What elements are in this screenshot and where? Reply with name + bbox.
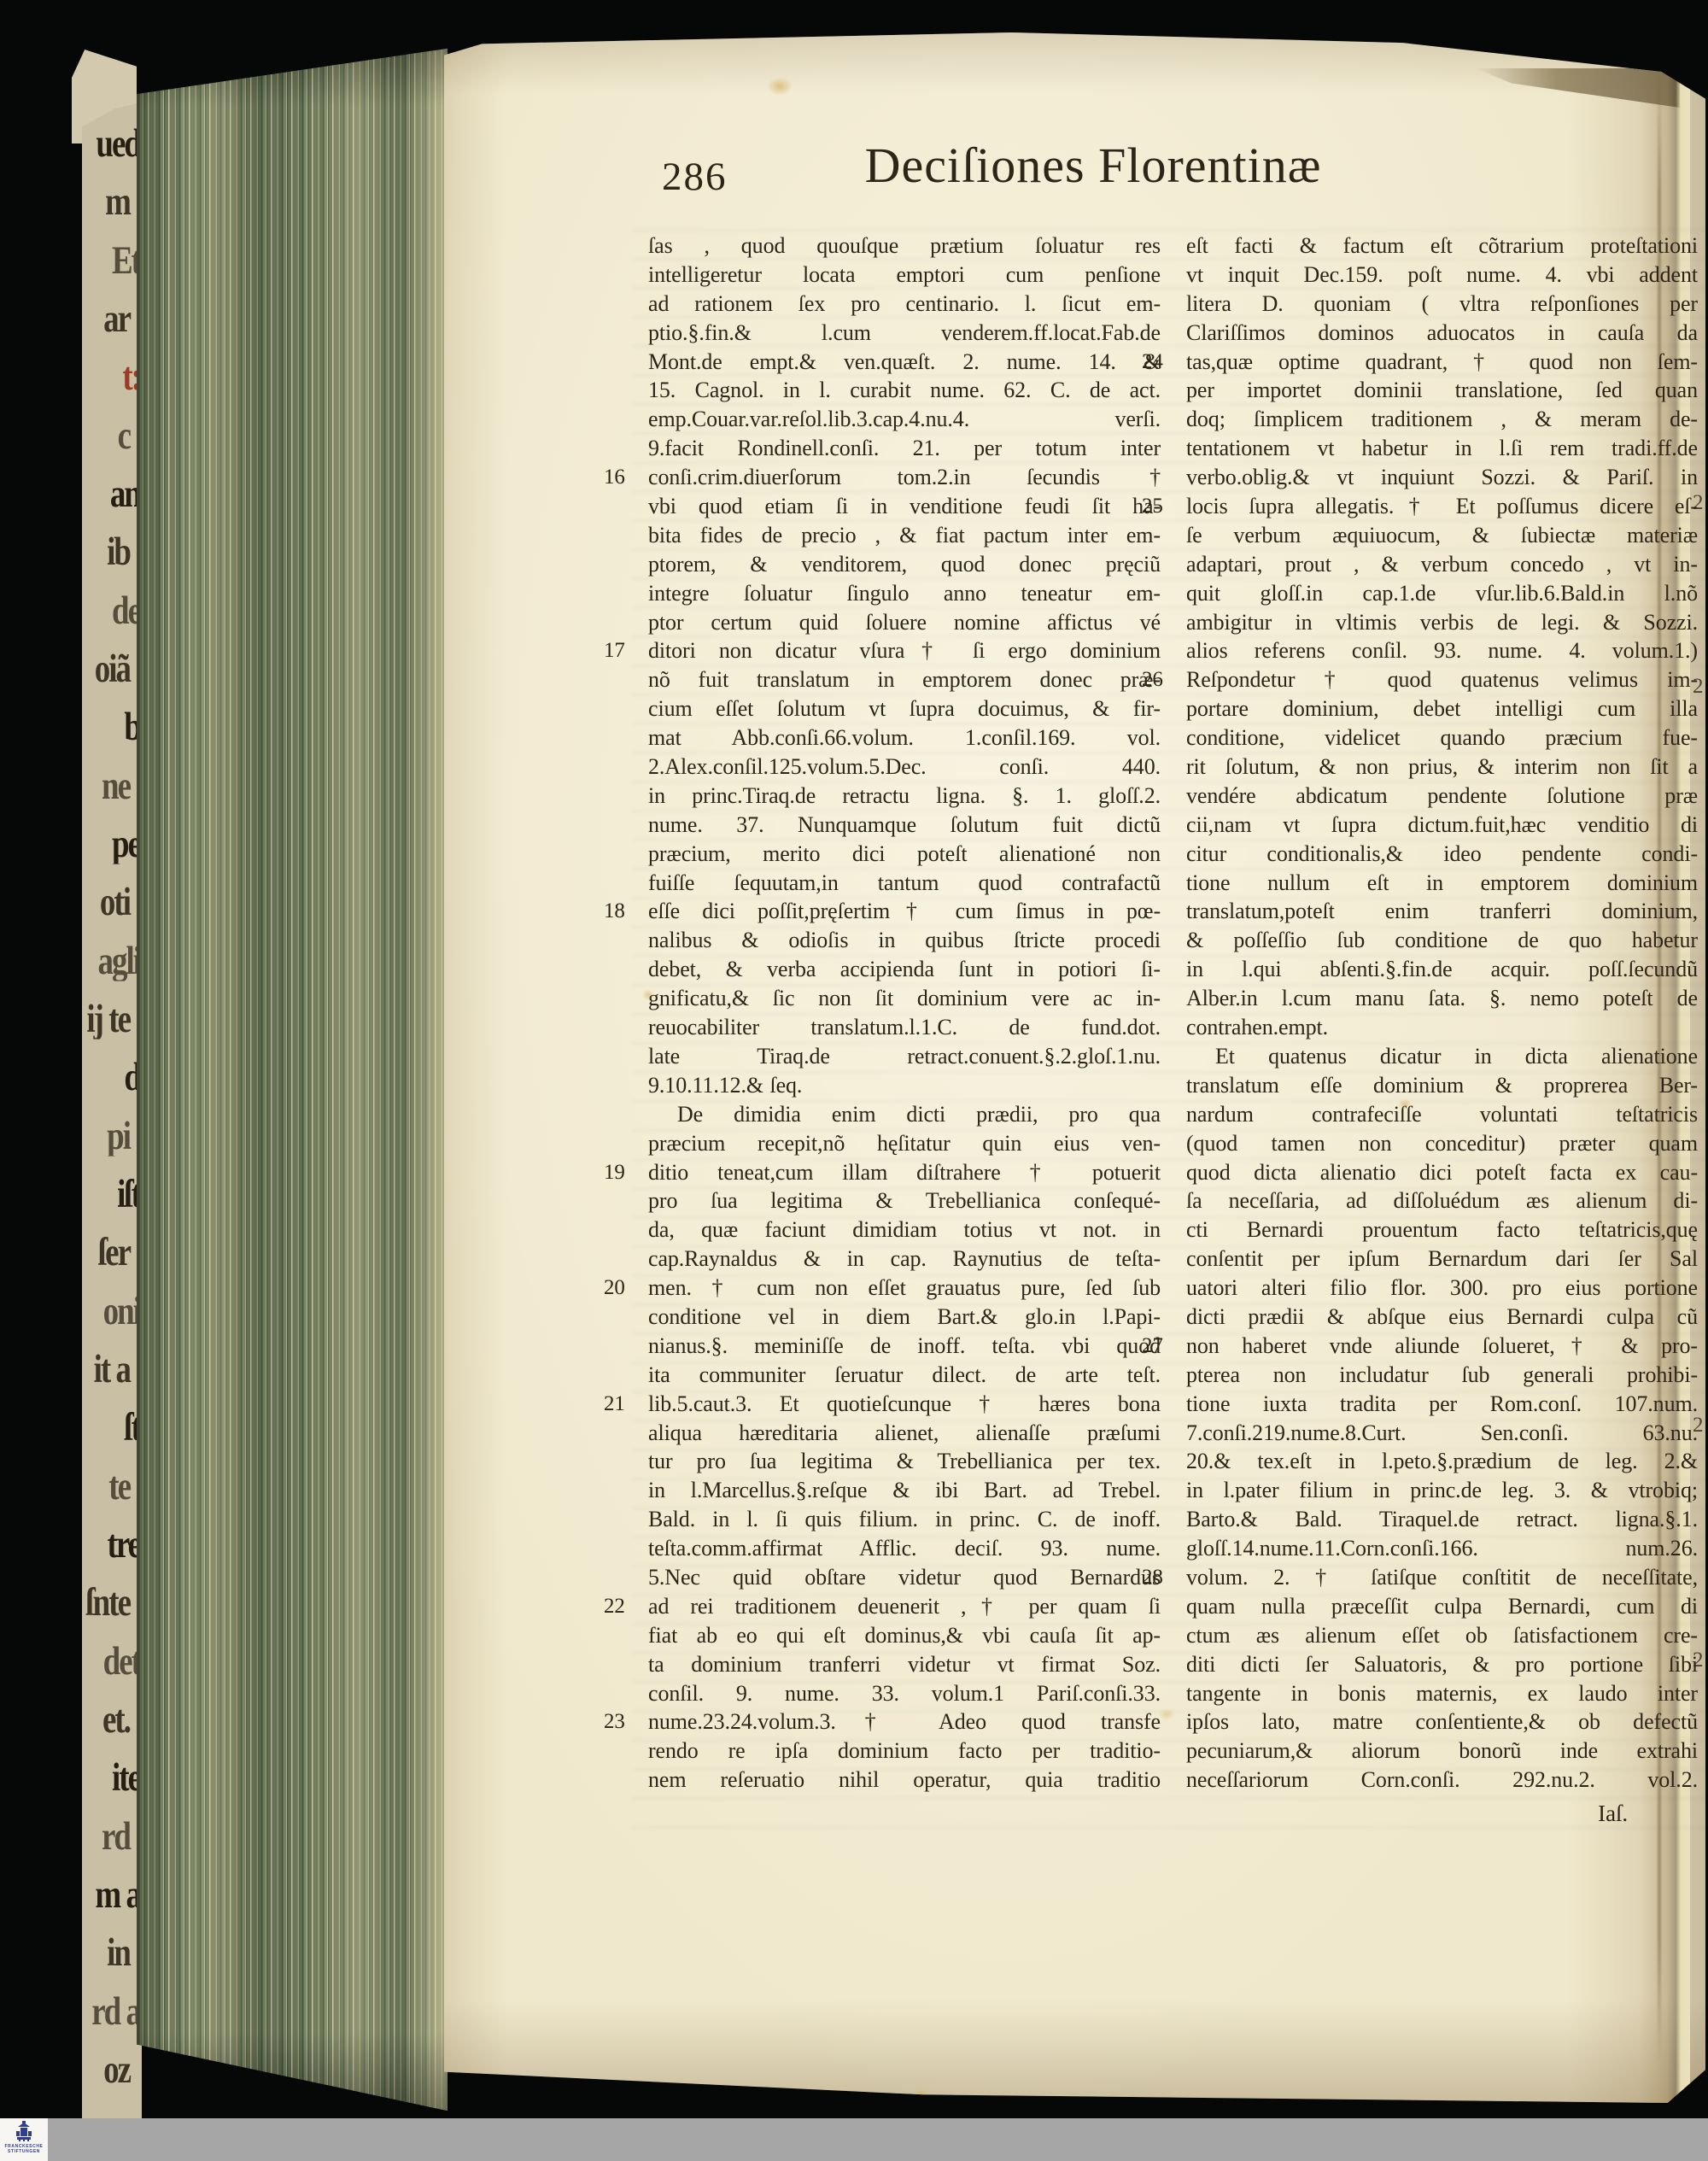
gutter-margin-digit: 2: [1693, 675, 1705, 699]
text-line: Et quatenus dicatur in dicta alienatione: [1186, 1042, 1698, 1071]
text-line: verbo.oblig.& vt inquiunt Sozzi. & Pariſ…: [1186, 463, 1698, 492]
text-line: 16conſi.crim.diuerſorum tom.2.in ſecundi…: [648, 463, 1161, 492]
text-line: neceſſariorum Corn.conſi. 292.nu.2. vol.…: [1186, 1766, 1698, 1795]
line-text: Barto.& Bald. Tiraquel.de retract. ligna…: [1186, 1507, 1698, 1531]
line-text: in l.Marcellus.§.reſque & ibi Bart. ad T…: [648, 1478, 1161, 1502]
manuscript-fragment: oni: [82, 1291, 142, 1331]
text-line: conditione vel in diem Bart.& glo.in l.P…: [648, 1303, 1161, 1332]
line-text: pro ſua legitima & Trebellianica conſequ…: [648, 1188, 1161, 1213]
line-text: ptor certum quid ſoluere nomine affictus…: [648, 610, 1161, 635]
manuscript-fragment: pe: [82, 824, 142, 864]
manuscript-fragment: ued: [82, 124, 142, 163]
line-text: nume.23.24.volum.3.† Adeo quod transfe: [648, 1709, 1161, 1734]
manuscript-fragment: iſt: [82, 1174, 142, 1214]
text-line: gnificatu,& ſic non ſit dominium vere ac…: [648, 984, 1161, 1013]
text-line: emp.Couar.var.reſol.lib.3.cap.4.nu.4. ve…: [648, 405, 1161, 434]
text-line: 23nume.23.24.volum.3.† Adeo quod transfe: [648, 1707, 1161, 1736]
margin-number: 24: [1142, 348, 1181, 377]
manuscript-fragment: et.: [82, 1700, 142, 1739]
line-text: gloſſ.14.nume.11.Corn.conſi.166. num.26.: [1186, 1536, 1698, 1561]
text-line: vendére abdicatum pendente ſolutione præ: [1186, 782, 1698, 811]
line-text: alios referens conſil. 93. nume. 4. volu…: [1186, 638, 1698, 663]
text-line: cium eſſet ſolutum vt ſupra docuimus, & …: [648, 694, 1161, 723]
line-text: præcium recepit,nõ hęſitatur quin eius v…: [648, 1131, 1161, 1156]
text-line: quit gloſſ.in cap.1.de vſur.lib.6.Bald.i…: [1186, 579, 1698, 608]
line-text: 5.Nec quid obſtare videtur quod Bernardu…: [648, 1565, 1161, 1590]
line-text: tione nullum eſt in emptorem dominium: [1186, 870, 1698, 895]
page-number: 286: [662, 154, 728, 200]
text-line: & poſſeſſio ſub conditione de quo habetu…: [1186, 926, 1698, 955]
line-text: cium eſſet ſolutum vt ſupra docuimus, & …: [648, 696, 1161, 721]
line-text: nem reſeruatio nihil operatur, quia trad…: [648, 1767, 1161, 1792]
text-line: ptor certum quid ſoluere nomine affictus…: [648, 608, 1161, 637]
line-text: tas,quæ optime quadrant, † quod non ſem-: [1186, 349, 1698, 374]
manuscript-fragment: rd a: [82, 1992, 142, 2031]
line-text: & poſſeſſio ſub conditione de quo habetu…: [1186, 928, 1698, 952]
line-text: rendo re ipſa dominium facto per traditi…: [648, 1738, 1161, 1763]
manuscript-fragment: an: [82, 474, 142, 513]
margin-number: 20: [604, 1274, 643, 1303]
line-text: neceſſariorum Corn.conſi. 292.nu.2. vol.…: [1186, 1767, 1698, 1792]
line-text: diti dicti ſer Saluatoris, & pro portion…: [1186, 1652, 1698, 1677]
margin-number: 26: [1142, 665, 1181, 694]
text-line: ſe verbum æquiuocum, & ſubiectæ materiæ: [1186, 521, 1698, 550]
text-line: tentationem vt habetur in l.ſi rem tradi…: [1186, 434, 1698, 463]
text-line: præcium, merito dici poteſt alienationé …: [648, 840, 1161, 869]
text-line: uatori alteri filio flor. 300. pro eius …: [1186, 1274, 1698, 1303]
margin-number: 17: [604, 636, 643, 665]
text-line: quod dicta alienatio dici poteſt facta e…: [1186, 1158, 1698, 1187]
manuscript-fragment: m: [82, 183, 142, 222]
line-text: locis ſupra allegatis.† Et poſſumus dice…: [1186, 494, 1698, 518]
line-text: citur conditionalis,& ideo pendente cond…: [1186, 841, 1698, 866]
margin-number: 23: [604, 1707, 643, 1736]
line-text: debet, & verba accipienda ſunt in potior…: [648, 957, 1161, 981]
text-line: pecuniarum,& aliorum bonorũ inde extrahi: [1186, 1736, 1698, 1766]
line-text: bita fides de precio , & fiat pactum int…: [648, 523, 1161, 548]
line-text: conditione, videlicet quando præcium fue…: [1186, 725, 1698, 750]
text-line: 20.& tex.eſt in l.peto.§.prædium de leg.…: [1186, 1447, 1698, 1476]
line-text: tentationem vt habetur in l.ſi rem tradi…: [1186, 436, 1698, 460]
line-text: Bald. in l. ſi quis filium. in princ. C.…: [648, 1507, 1161, 1531]
margin-number: 28: [1142, 1563, 1181, 1592]
catchword: Iaſ.: [1186, 1800, 1698, 1829]
manuscript-fragment: ar: [82, 299, 142, 338]
text-line: 5.Nec quid obſtare videtur quod Bernardu…: [648, 1563, 1161, 1592]
line-text: (quod tamen non conceditur) præter quam: [1186, 1131, 1698, 1156]
line-text: Et quatenus dicatur in dicta alienatione: [1186, 1044, 1698, 1069]
margin-number: 25: [1142, 492, 1181, 521]
text-line: adaptari, prout , & verbum concedo , vt …: [1186, 550, 1698, 579]
line-text: conſentit per ipſum Bernardum dari ſer S…: [1186, 1246, 1698, 1271]
line-text: verbo.oblig.& vt inquiunt Sozzi. & Pariſ…: [1186, 465, 1698, 489]
line-text: ita communiter ſeruatur dilect. de arte …: [648, 1362, 1161, 1387]
gutter-margin-digit: 2: [1693, 1649, 1705, 1672]
manuscript-fragment: ij te: [82, 999, 142, 1039]
line-text: quod dicta alienatio dici poteſt facta e…: [1186, 1160, 1698, 1185]
line-text: contrahen.empt.: [1186, 1015, 1328, 1040]
line-text: cii,nam vt ſupra dictum.fuit,hæc venditi…: [1186, 812, 1698, 837]
text-line: Clariſſimos dominos aduocatos in cauſa d…: [1186, 319, 1698, 348]
text-line: Alber.in l.cum manu ſata. §. nemo poteſt…: [1186, 984, 1698, 1013]
text-line: De dimidia enim dicti prædii, pro qua: [648, 1100, 1161, 1129]
text-line: ipſos lato, matre conſentiente,& ob defe…: [1186, 1707, 1698, 1736]
text-line: reuocabiliter translatum.l.1.C. de fund.…: [648, 1013, 1161, 1042]
line-text: ptorem, & venditorem, quod donec pręciũ: [648, 552, 1161, 577]
text-line: ta dominium tranferri videtur vt firmat …: [648, 1650, 1161, 1679]
page-block-fore-edge: [137, 44, 447, 2115]
text-line: tione nullum eſt in emptorem dominium: [1186, 869, 1698, 898]
text-line: ptorem, & venditorem, quod donec pręciũ: [648, 550, 1161, 579]
text-line: (quod tamen non conceditur) præter quam: [1186, 1129, 1698, 1158]
line-text: tione iuxta tradita per Rom.conſ. 107.nu…: [1186, 1391, 1698, 1416]
text-line: ita communiter ſeruatur dilect. de arte …: [648, 1361, 1161, 1390]
line-text: nianus.§. meminiſſe de inoff. teſta. vbi…: [648, 1333, 1161, 1358]
text-line: translatum,poteſt enim tranferri dominiu…: [1186, 897, 1698, 926]
franckesche-stiftungen-emblem: [15, 2121, 33, 2143]
manuscript-fragment: t:: [82, 358, 142, 397]
line-text: translatum,poteſt enim tranferri dominiu…: [1186, 899, 1698, 923]
text-line: dicti prædii & abſque eius Bernardi culp…: [1186, 1303, 1698, 1332]
manuscript-fragment: de: [82, 591, 142, 630]
line-text: mat Abb.conſi.66.volum. 1.conſil.169. vo…: [648, 725, 1161, 750]
text-line: teſta.comm.affirmat Afflic. deciſ. 93. n…: [648, 1534, 1161, 1563]
text-line: pro ſua legitima & Trebellianica conſequ…: [648, 1186, 1161, 1215]
line-text: lib.5.caut.3. Et quotieſcunque † hæres b…: [648, 1391, 1161, 1416]
text-line: rendo re ipſa dominium facto per traditi…: [648, 1736, 1161, 1766]
manuscript-fragment: oiã: [82, 649, 142, 688]
foxing-stain: [1398, 1098, 1412, 1110]
line-text: volum. 2. † ſatiſque conſtitit de neceſſ…: [1186, 1565, 1698, 1590]
line-text: ctum æs alienum eſſet ob ſatisfactionem …: [1186, 1623, 1698, 1648]
line-text: reuocabiliter translatum.l.1.C. de fund.…: [648, 1015, 1161, 1040]
foxing-stain: [1158, 1708, 1175, 1720]
manuscript-fragment: ite: [82, 1759, 142, 1798]
line-text: 9.facit Rondinell.conſi. 21. per totum i…: [648, 436, 1161, 460]
line-text: ambigitur in vltimis verbis de legi. & S…: [1186, 610, 1698, 635]
text-line: 21lib.5.caut.3. Et quotieſcunque † hæres…: [648, 1390, 1161, 1419]
manuscript-fragment: agli: [82, 941, 142, 981]
line-text: Alber.in l.cum manu ſata. §. nemo poteſt…: [1186, 986, 1698, 1010]
line-text: 7.conſi.219.nume.8.Curt. Sen.conſi. 63.n…: [1186, 1420, 1698, 1445]
text-line: Mont.de empt.& ven.quæſt. 2. nume. 14. &: [648, 348, 1161, 377]
line-text: per importet dominii translatione, ſed q…: [1186, 378, 1698, 402]
line-text: 20.& tex.eſt in l.peto.§.prædium de leg.…: [1186, 1449, 1698, 1473]
text-line: intelligeretur locata emptori cum penſio…: [648, 261, 1161, 290]
text-line: doq; ſimplicem traditionem , & meram de-: [1186, 405, 1698, 434]
text-column-right: eſt facti & factum eſt cõtrarium proteſt…: [1186, 231, 1698, 1829]
line-text: tur pro ſua legitima & Trebellianica per…: [648, 1449, 1161, 1473]
manuscript-fragment: oti: [82, 883, 142, 922]
text-line: cti Bernardi prouentum facto teſtatricis…: [1186, 1215, 1698, 1244]
text-line: per importet dominii translatione, ſed q…: [1186, 376, 1698, 405]
line-text: fuiſſe ſequutam,in tantum quod contrafac…: [648, 870, 1161, 895]
manuscript-fragment: it a: [82, 1350, 142, 1389]
text-line: integre ſoluatur ſingulo anno teneatur e…: [648, 579, 1161, 608]
text-line: litera D. quoniam ( vltra reſponſiones p…: [1186, 290, 1698, 319]
line-text: cti Bernardi prouentum facto teſtatricis…: [1186, 1217, 1698, 1242]
line-text: in l.qui abſenti.§.fin.de acquir. poſſ.ſ…: [1186, 957, 1698, 981]
line-text: ſas , quod quouſque prætium ſoluatur res: [648, 233, 1161, 258]
manuscript-fragment: ſt: [82, 1408, 142, 1448]
franckesche-stiftungen-logo: FRANCKESCHE STIFTUNGEN: [0, 2118, 48, 2161]
gutter-margin-digit: 2: [1693, 1414, 1705, 1438]
gutter-margin-digit: 2: [1693, 491, 1705, 515]
text-line: cap.Raynaldus & in cap. Raynutius de teſ…: [648, 1244, 1161, 1274]
manuscript-fragment: rd: [82, 1817, 142, 1856]
text-line: ptio.§.fin.& l.cum venderem.ff.locat.Fab…: [648, 319, 1161, 348]
line-text: ta dominium tranferri videtur vt firmat …: [648, 1652, 1161, 1677]
text-line: 26Reſpondetur † quod quatenus velimus im…: [1186, 665, 1698, 694]
text-column-left: ſas , quod quouſque prætium ſoluatur res…: [648, 231, 1161, 1795]
line-text: aliqua hæreditaria alienet, alienaſſe pr…: [648, 1420, 1161, 1445]
line-text: conditione vel in diem Bart.& glo.in l.P…: [648, 1304, 1161, 1329]
text-line: nalibus & odioſis in quibus ſtricte proc…: [648, 926, 1161, 955]
text-line: in l.pater filium in princ.de leg. 3. & …: [1186, 1476, 1698, 1505]
text-line: debet, & verba accipienda ſunt in potior…: [648, 955, 1161, 984]
line-text: intelligeretur locata emptori cum penſio…: [648, 262, 1161, 287]
manuscript-fragment: det: [82, 1642, 142, 1681]
line-text: 9.10.11.12.& ſeq.: [648, 1073, 802, 1098]
text-line: citur conditionalis,& ideo pendente cond…: [1186, 840, 1698, 869]
text-line: 18eſſe dici poſſit,pręſertim† cum ſimus …: [648, 897, 1161, 926]
foxing-stain: [914, 2089, 929, 2102]
line-text: conſi.crim.diuerſorum tom.2.in ſecundis†: [648, 465, 1161, 489]
manuscript-fragment: ne: [82, 766, 142, 805]
line-text: translatum eſſe dominium & proprerea Ber…: [1186, 1073, 1698, 1098]
line-text: ditio teneat,cum illam diſtrahere † potu…: [648, 1160, 1161, 1185]
line-text: nardum contrafeciſſe voluntati teſtatric…: [1186, 1102, 1698, 1127]
text-line: conditione, videlicet quando præcium fue…: [1186, 723, 1698, 753]
text-line: ſas , quod quouſque prætium ſoluatur res: [648, 231, 1161, 261]
line-text: vendére abdicatum pendente ſolutione præ: [1186, 783, 1698, 808]
text-line: conſentit per ipſum Bernardum dari ſer S…: [1186, 1244, 1698, 1274]
manuscript-fragment: tre: [82, 1525, 142, 1564]
line-text: emp.Couar.var.reſol.lib.3.cap.4.nu.4. ve…: [648, 407, 1161, 431]
line-text: tangente in bonis maternis, ex laudo int…: [1186, 1681, 1698, 1706]
text-line: 27non haberet vnde aliunde ſolueret,† & …: [1186, 1332, 1698, 1361]
text-line: in l.qui abſenti.§.fin.de acquir. poſſ.ſ…: [1186, 955, 1698, 984]
line-text: pterea non includatur ſub generali prohi…: [1186, 1362, 1698, 1387]
text-line: Barto.& Bald. Tiraquel.de retract. ligna…: [1186, 1505, 1698, 1534]
line-text: litera D. quoniam ( vltra reſponſiones p…: [1186, 291, 1698, 316]
text-line: in l.Marcellus.§.reſque & ibi Bart. ad T…: [648, 1476, 1161, 1505]
line-text: 2.Alex.conſil.125.volum.5.Dec. conſi. 44…: [648, 754, 1161, 779]
line-text: conſil. 9. nume. 33. volum.1 Pariſ.conſi…: [648, 1681, 1161, 1706]
text-line: pterea non includatur ſub generali prohi…: [1186, 1361, 1698, 1390]
text-line: tione iuxta tradita per Rom.conſ. 107.nu…: [1186, 1390, 1698, 1419]
line-text: vt inquit Dec.159. poſt nume. 4. vbi add…: [1186, 262, 1698, 287]
text-line: fiat ab eo qui eſt dominus,& vbi cauſa ſ…: [648, 1621, 1161, 1650]
foxing-stain: [767, 77, 793, 96]
text-line: tur pro ſua legitima & Trebellianica per…: [648, 1447, 1161, 1476]
line-text: ditori non dicatur vſura† ſi ergo domini…: [648, 638, 1161, 663]
manuscript-fragment: ib: [82, 533, 142, 572]
line-text: Clariſſimos dominos aduocatos in cauſa d…: [1186, 320, 1698, 345]
line-text: pecuniarum,& aliorum bonorũ inde extrahi: [1186, 1738, 1698, 1763]
line-text: da, quæ faciunt dimidiam totius vt not. …: [648, 1217, 1161, 1242]
line-text: ad rei traditionem deuenerit ,† per quam…: [648, 1594, 1161, 1619]
text-line: rit ſolutum, & non prius, & interim non …: [1186, 753, 1698, 782]
manuscript-fragment: c: [82, 416, 142, 455]
text-line: 9.facit Rondinell.conſi. 21. per totum i…: [648, 434, 1161, 463]
running-title: Deciſiones Florentinæ: [845, 137, 1341, 194]
line-text: doq; ſimplicem traditionem , & meram de-: [1186, 407, 1698, 431]
line-text: quam nulla præceſſit culpa Bernardi, cum…: [1186, 1594, 1698, 1619]
text-line: 19ditio teneat,cum illam diſtrahere † po…: [648, 1158, 1161, 1187]
line-text: gnificatu,& ſic non ſit dominium vere ac…: [648, 986, 1161, 1010]
text-line: ambigitur in vltimis verbis de legi. & S…: [1186, 608, 1698, 637]
text-line: ſa neceſſaria, ad diſſoluédum æs alienum…: [1186, 1186, 1698, 1215]
line-text: quit gloſſ.in cap.1.de vſur.lib.6.Bald.i…: [1186, 581, 1698, 606]
text-line: Bald. in l. ſi quis filium. in princ. C.…: [648, 1505, 1161, 1534]
manuscript-fragment: m a: [82, 1875, 142, 1914]
line-text: rit ſolutum, & non prius, & interim non …: [1186, 754, 1698, 779]
manuscript-binding-strip: uedmEtart:canibdeoiãbnepeotiagliij tedpi…: [82, 102, 142, 2120]
manuscript-fragment: Et: [82, 241, 142, 280]
text-line: 28volum. 2. † ſatiſque conſtitit de nece…: [1186, 1563, 1698, 1592]
text-line: nõ fuit translatum in emptorem donec præ…: [648, 665, 1161, 694]
line-text: non haberet vnde aliunde ſolueret,† & pr…: [1186, 1333, 1698, 1358]
manuscript-fragment: te: [82, 1467, 142, 1506]
text-line: vbi quod etiam ſi in venditione feudi ſi…: [648, 492, 1161, 521]
text-line: translatum eſſe dominium & proprerea Ber…: [1186, 1071, 1698, 1100]
text-line: aliqua hæreditaria alienet, alienaſſe pr…: [648, 1419, 1161, 1448]
line-text: portare dominium, debet intelligi cum il…: [1186, 696, 1698, 721]
line-text: eſſe dici poſſit,pręſertim† cum ſimus in…: [648, 899, 1161, 923]
text-line: in princ.Tiraq.de retractu ligna. §. 1. …: [648, 782, 1161, 811]
line-text: nume. 37. Nunquamque ſolutum fuit dictũ: [648, 812, 1161, 837]
watermark-text-line2: STIFTUNGEN: [0, 2149, 48, 2154]
text-line: 2.Alex.conſil.125.volum.5.Dec. conſi. 44…: [648, 753, 1161, 782]
text-line: conſil. 9. nume. 33. volum.1 Pariſ.conſi…: [648, 1679, 1161, 1708]
line-text: ad rationem ſex pro centinario. l. ſicut…: [648, 291, 1161, 316]
text-line: ctum æs alienum eſſet ob ſatisfactionem …: [1186, 1621, 1698, 1650]
margin-number: 27: [1142, 1332, 1181, 1361]
text-line: bita fides de precio , & fiat pactum int…: [648, 521, 1161, 550]
text-line: quam nulla præceſſit culpa Bernardi, cum…: [1186, 1592, 1698, 1621]
viewer-bottom-bar: [0, 2118, 1708, 2161]
line-text: ſa neceſſaria, ad diſſoluédum æs alienum…: [1186, 1188, 1698, 1213]
line-text: fiat ab eo qui eſt dominus,& vbi cauſa ſ…: [648, 1623, 1161, 1648]
margin-number: 16: [604, 463, 643, 492]
line-text: nõ fuit translatum in emptorem donec præ…: [648, 667, 1161, 692]
text-line: 7.conſi.219.nume.8.Curt. Sen.conſi. 63.n…: [1186, 1419, 1698, 1448]
line-text: uatori alteri filio flor. 300. pro eius …: [1186, 1275, 1698, 1300]
text-line: nume. 37. Nunquamque ſolutum fuit dictũ: [648, 811, 1161, 840]
margin-number: 21: [604, 1390, 643, 1419]
margin-number: 18: [604, 897, 643, 926]
text-line: nianus.§. meminiſſe de inoff. teſta. vbi…: [648, 1332, 1161, 1361]
line-text: teſta.comm.affirmat Afflic. deciſ. 93. n…: [648, 1536, 1161, 1561]
line-text: cap.Raynaldus & in cap. Raynutius de teſ…: [648, 1246, 1161, 1271]
manuscript-fragment: pi: [82, 1116, 142, 1156]
margin-number: 19: [604, 1158, 643, 1187]
line-text: eſt facti & factum eſt cõtrarium proteſt…: [1186, 233, 1698, 258]
line-text: adaptari, prout , & verbum concedo , vt …: [1186, 552, 1698, 577]
text-line: eſt facti & factum eſt cõtrarium proteſt…: [1186, 231, 1698, 261]
manuscript-fragment: ſer: [82, 1233, 142, 1273]
text-line: 17ditori non dicatur vſura† ſi ergo domi…: [648, 636, 1161, 665]
text-line: præcium recepit,nõ hęſitatur quin eius v…: [648, 1129, 1161, 1158]
line-text: men. † cum non eſſet grauatus pure, ſed …: [648, 1275, 1161, 1300]
text-line: mat Abb.conſi.66.volum. 1.conſil.169. vo…: [648, 723, 1161, 753]
text-line: 24tas,quæ optime quadrant, † quod non ſe…: [1186, 348, 1698, 377]
line-text: præcium, merito dici poteſt alienationé …: [648, 841, 1161, 866]
manuscript-fragment: d: [82, 1058, 142, 1098]
text-line: 22ad rei traditionem deuenerit ,† per qu…: [648, 1592, 1161, 1621]
text-line: ad rationem ſex pro centinario. l. ſicut…: [648, 290, 1161, 319]
line-text: vbi quod etiam ſi in venditione feudi ſi…: [648, 494, 1161, 518]
line-text: Reſpondetur † quod quatenus velimus im-: [1186, 667, 1698, 692]
line-text: in princ.Tiraq.de retractu ligna. §. 1. …: [648, 783, 1161, 808]
foxing-stain: [642, 989, 654, 1001]
manuscript-fragment: oz: [82, 2050, 142, 2089]
book-page: 286 Deciſiones Florentinæ ſas , quod quo…: [444, 32, 1705, 2103]
line-text: in l.pater filium in princ.de leg. 3. & …: [1186, 1478, 1698, 1502]
text-line: 25locis ſupra allegatis.† Et poſſumus di…: [1186, 492, 1698, 521]
manuscript-fragment: in: [82, 1934, 142, 1973]
text-line: 9.10.11.12.& ſeq.: [648, 1071, 1161, 1100]
text-line: vt inquit Dec.159. poſt nume. 4. vbi add…: [1186, 261, 1698, 290]
text-line: diti dicti ſer Saluatoris, & pro portion…: [1186, 1650, 1698, 1679]
manuscript-fragment: b: [82, 708, 142, 747]
line-text: De dimidia enim dicti prædii, pro qua: [648, 1102, 1161, 1127]
line-text: late Tiraq.de retract.conuent.§.2.gloſ.1…: [648, 1044, 1161, 1069]
line-text: integre ſoluatur ſingulo anno teneatur e…: [648, 581, 1161, 606]
text-line: nardum contrafeciſſe voluntati teſtatric…: [1186, 1100, 1698, 1129]
text-line: portare dominium, debet intelligi cum il…: [1186, 694, 1698, 723]
line-text: nalibus & odioſis in quibus ſtricte proc…: [648, 928, 1161, 952]
line-text: ſe verbum æquiuocum, & ſubiectæ materiæ: [1186, 523, 1698, 548]
margin-number: 22: [604, 1592, 643, 1621]
manuscript-fragment: ſnte: [82, 1584, 142, 1623]
text-line: alios referens conſil. 93. nume. 4. volu…: [1186, 636, 1698, 665]
book-scan: uedmEtart:canibdeoiãbnepeotiagliij tedpi…: [0, 0, 1708, 2161]
text-line: gloſſ.14.nume.11.Corn.conſi.166. num.26.: [1186, 1534, 1698, 1563]
line-text: 15. Cagnol. in l. curabit nume. 62. C. d…: [648, 378, 1161, 402]
text-line: 20men. † cum non eſſet grauatus pure, ſe…: [648, 1274, 1161, 1303]
text-line: cii,nam vt ſupra dictum.fuit,hæc venditi…: [1186, 811, 1698, 840]
text-line: tangente in bonis maternis, ex laudo int…: [1186, 1679, 1698, 1708]
line-text: Mont.de empt.& ven.quæſt. 2. nume. 14. &: [648, 349, 1161, 374]
text-line: da, quæ faciunt dimidiam totius vt not. …: [648, 1215, 1161, 1244]
text-line: contrahen.empt.: [1186, 1013, 1698, 1042]
line-text: dicti prædii & abſque eius Bernardi culp…: [1186, 1304, 1698, 1329]
line-text: ptio.§.fin.& l.cum venderem.ff.locat.Fab…: [648, 320, 1161, 345]
text-line: nem reſeruatio nihil operatur, quia trad…: [648, 1766, 1161, 1795]
text-line: fuiſſe ſequutam,in tantum quod contrafac…: [648, 869, 1161, 898]
text-line: late Tiraq.de retract.conuent.§.2.gloſ.1…: [648, 1042, 1161, 1071]
line-text: ipſos lato, matre conſentiente,& ob defe…: [1186, 1709, 1698, 1734]
text-line: 15. Cagnol. in l. curabit nume. 62. C. d…: [648, 376, 1161, 405]
